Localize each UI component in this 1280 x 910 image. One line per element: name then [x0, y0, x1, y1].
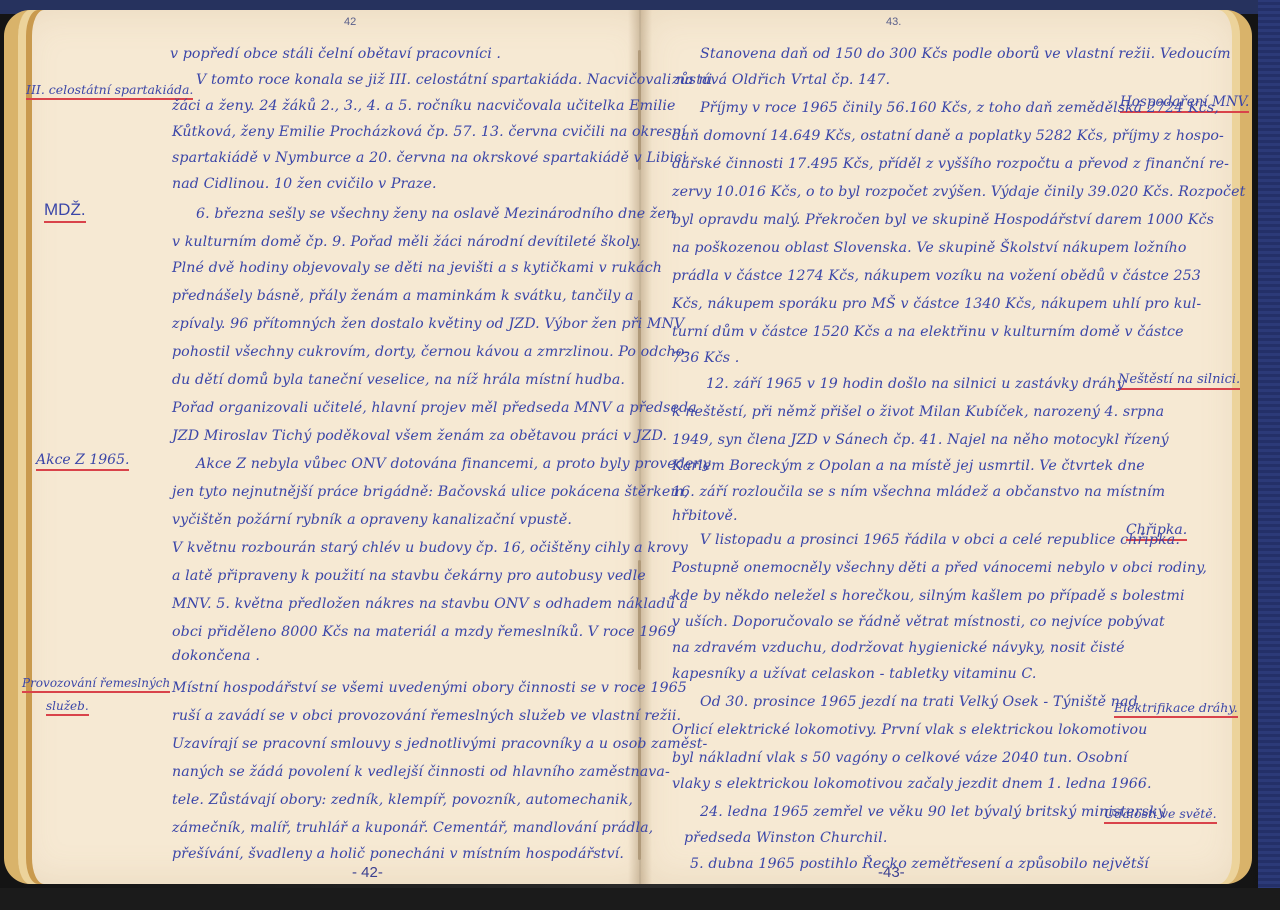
text-line: žáci a ženy. 24 žáků 2., 3., 4. a 5. roč… — [172, 98, 676, 114]
text-line: zervy 10.016 Kčs, o to byl rozpočet zvýš… — [672, 184, 1245, 200]
text-line: Uzavírají se pracovní smlouvy s jednotli… — [172, 736, 707, 752]
text-line: Postupně onemocněly všechny děti a před … — [672, 560, 1207, 576]
text-line: Kůtková, ženy Emilie Procházková čp. 57.… — [172, 124, 686, 140]
text-line: Orlicí elektrické lokomotivy. První vlak… — [672, 722, 1147, 738]
text-line: Stanovena daň od 150 do 300 Kčs podle ob… — [700, 46, 1231, 62]
text-line: kde by někdo neležel s horečkou, silným … — [672, 588, 1185, 604]
text-line: nad Cidlinou. 10 žen cvičilo v Praze. — [172, 176, 437, 192]
book-cover-edge — [1258, 0, 1280, 890]
margin-heading-akce-z: Akce Z 1965. — [36, 452, 129, 471]
text-line: zámečník, malíř, truhlář a kuponář. Ceme… — [172, 820, 653, 836]
page-number-top: 43. — [886, 16, 901, 28]
text-line: k neštěstí, při němž přišel o život Mila… — [672, 404, 1164, 420]
text-line: V tomto roce konala se již III. celostát… — [196, 72, 712, 88]
text-line: Pořad organizovali učitelé, hlavní proje… — [172, 400, 697, 416]
text-line: zůstává Oldřich Vrtal čp. 147. — [672, 72, 890, 88]
open-notebook: 42 - 42- III. celostátní spartakiáda. MD… — [0, 0, 1280, 910]
text-line: na zdravém vzduchu, dodržovat hygienické… — [672, 640, 1125, 656]
margin-heading-provozovani: Provozování řemeslných — [22, 676, 170, 693]
text-line: 1949, syn člena JZD v Sánech čp. 41. Naj… — [672, 432, 1169, 448]
text-line: 5. dubna 1965 postihlo Řecko zemětřesení… — [690, 856, 1149, 872]
page-number-bottom: - 42- — [352, 864, 383, 881]
binding-stitch — [638, 740, 641, 860]
text-line: Plné dvě hodiny objevovaly se děti na je… — [172, 260, 662, 276]
text-line: Kčs, nákupem sporáku pro MŠ v částce 134… — [672, 296, 1201, 312]
text-line: vlaky s elektrickou lokomotivou začaly j… — [672, 776, 1152, 792]
text-line: prádla v částce 1274 Kčs, nákupem vozíku… — [672, 268, 1201, 284]
text-line: kapesníky a užívat celaskon - tabletky v… — [672, 666, 1036, 682]
text-line: ruší a zavádí se v obci provozování řeme… — [172, 708, 681, 724]
text-line: naných se žádá povolení k vedlejší činno… — [172, 764, 670, 780]
text-line: 736 Kčs . — [672, 350, 739, 366]
left-page — [4, 10, 654, 884]
text-line: v uších. Doporučovalo se řádně větrat mí… — [672, 614, 1165, 630]
text-line: v popředí obce stáli čelní obětaví praco… — [170, 46, 501, 62]
text-line: spartakiádě v Nymburce a 20. června na o… — [172, 150, 687, 166]
text-line: 16. září rozloučila se s ním všechna mlá… — [672, 484, 1165, 500]
text-line: předseda Winston Churchil. — [684, 830, 887, 846]
text-line: daň domovní 14.649 Kčs, ostatní daně a p… — [672, 128, 1224, 144]
text-line: 24. ledna 1965 zemřel ve věku 90 let býv… — [700, 804, 1166, 820]
text-line: dářské činnosti 17.495 Kčs, příděl z vyš… — [672, 156, 1229, 172]
text-line: 6. března sešly se všechny ženy na oslav… — [196, 206, 675, 222]
margin-heading-nestesti: Neštěstí na silnici. — [1118, 372, 1240, 390]
text-line: Karlem Boreckým z Opolan a na místě jej … — [672, 458, 1145, 474]
page-number-top: 42 — [344, 16, 356, 28]
text-line: turní dům v částce 1520 Kčs a na elektři… — [672, 324, 1184, 340]
text-line: pohostil všechny cukrovím, dorty, černou… — [172, 344, 689, 360]
text-line: Místní hospodářství se všemi uvedenými o… — [172, 680, 687, 696]
text-line: přednášely básně, přály ženám a maminkám… — [172, 288, 634, 304]
text-line: Od 30. prosince 1965 jezdí na trati Velk… — [700, 694, 1138, 710]
text-line: v kulturním domě čp. 9. Pořad měli žáci … — [172, 234, 641, 250]
text-line: přešívání, švadleny a holič ponecháni v … — [172, 846, 624, 862]
text-line: tele. Zůstávají obory: zedník, klempíř, … — [172, 792, 633, 808]
text-line: Akce Z nebyla vůbec ONV dotována finance… — [196, 456, 711, 472]
text-line: V květnu rozbourán starý chlév u budovy … — [172, 540, 688, 556]
text-line: Příjmy v roce 1965 činily 56.160 Kčs, z … — [700, 100, 1219, 116]
text-line: byl nákladní vlak s 50 vagóny o celkové … — [672, 750, 1128, 766]
text-line: zpívaly. 96 přítomných žen dostalo květi… — [172, 316, 684, 332]
text-line: vyčištěn požární rybník a opraveny kanal… — [172, 512, 572, 528]
margin-heading-mdz: MDŽ. — [44, 200, 86, 223]
text-line: a latě připraveny k použití na stavbu če… — [172, 568, 646, 584]
book-cover-bottom — [0, 888, 1280, 910]
text-line: hřbitově. — [672, 508, 738, 524]
text-line: MNV. 5. května předložen nákres na stavb… — [172, 596, 688, 612]
text-line: dokončena . — [172, 648, 260, 664]
text-line: JZD Miroslav Tichý poděkoval všem ženám … — [172, 428, 667, 444]
text-line: du dětí domů byla taneční veselice, na n… — [172, 372, 625, 388]
text-line: V listopadu a prosinci 1965 řádila v obc… — [700, 532, 1180, 548]
text-line: jen tyto nejnutnější práce brigádně: Bač… — [172, 484, 689, 500]
text-line: 12. září 1965 v 19 hodin došlo na silnic… — [706, 376, 1125, 392]
text-line: na poškozenou oblast Slovenska. Ve skupi… — [672, 240, 1187, 256]
margin-heading-spartakiada: III. celostátní spartakiáda. — [26, 82, 193, 100]
text-line: byl opravdu malý. Překročen byl ve skupi… — [672, 212, 1214, 228]
text-line: obci přiděleno 8000 Kčs na materiál a mz… — [172, 624, 676, 640]
margin-heading-sluzeb: služeb. — [46, 699, 89, 716]
